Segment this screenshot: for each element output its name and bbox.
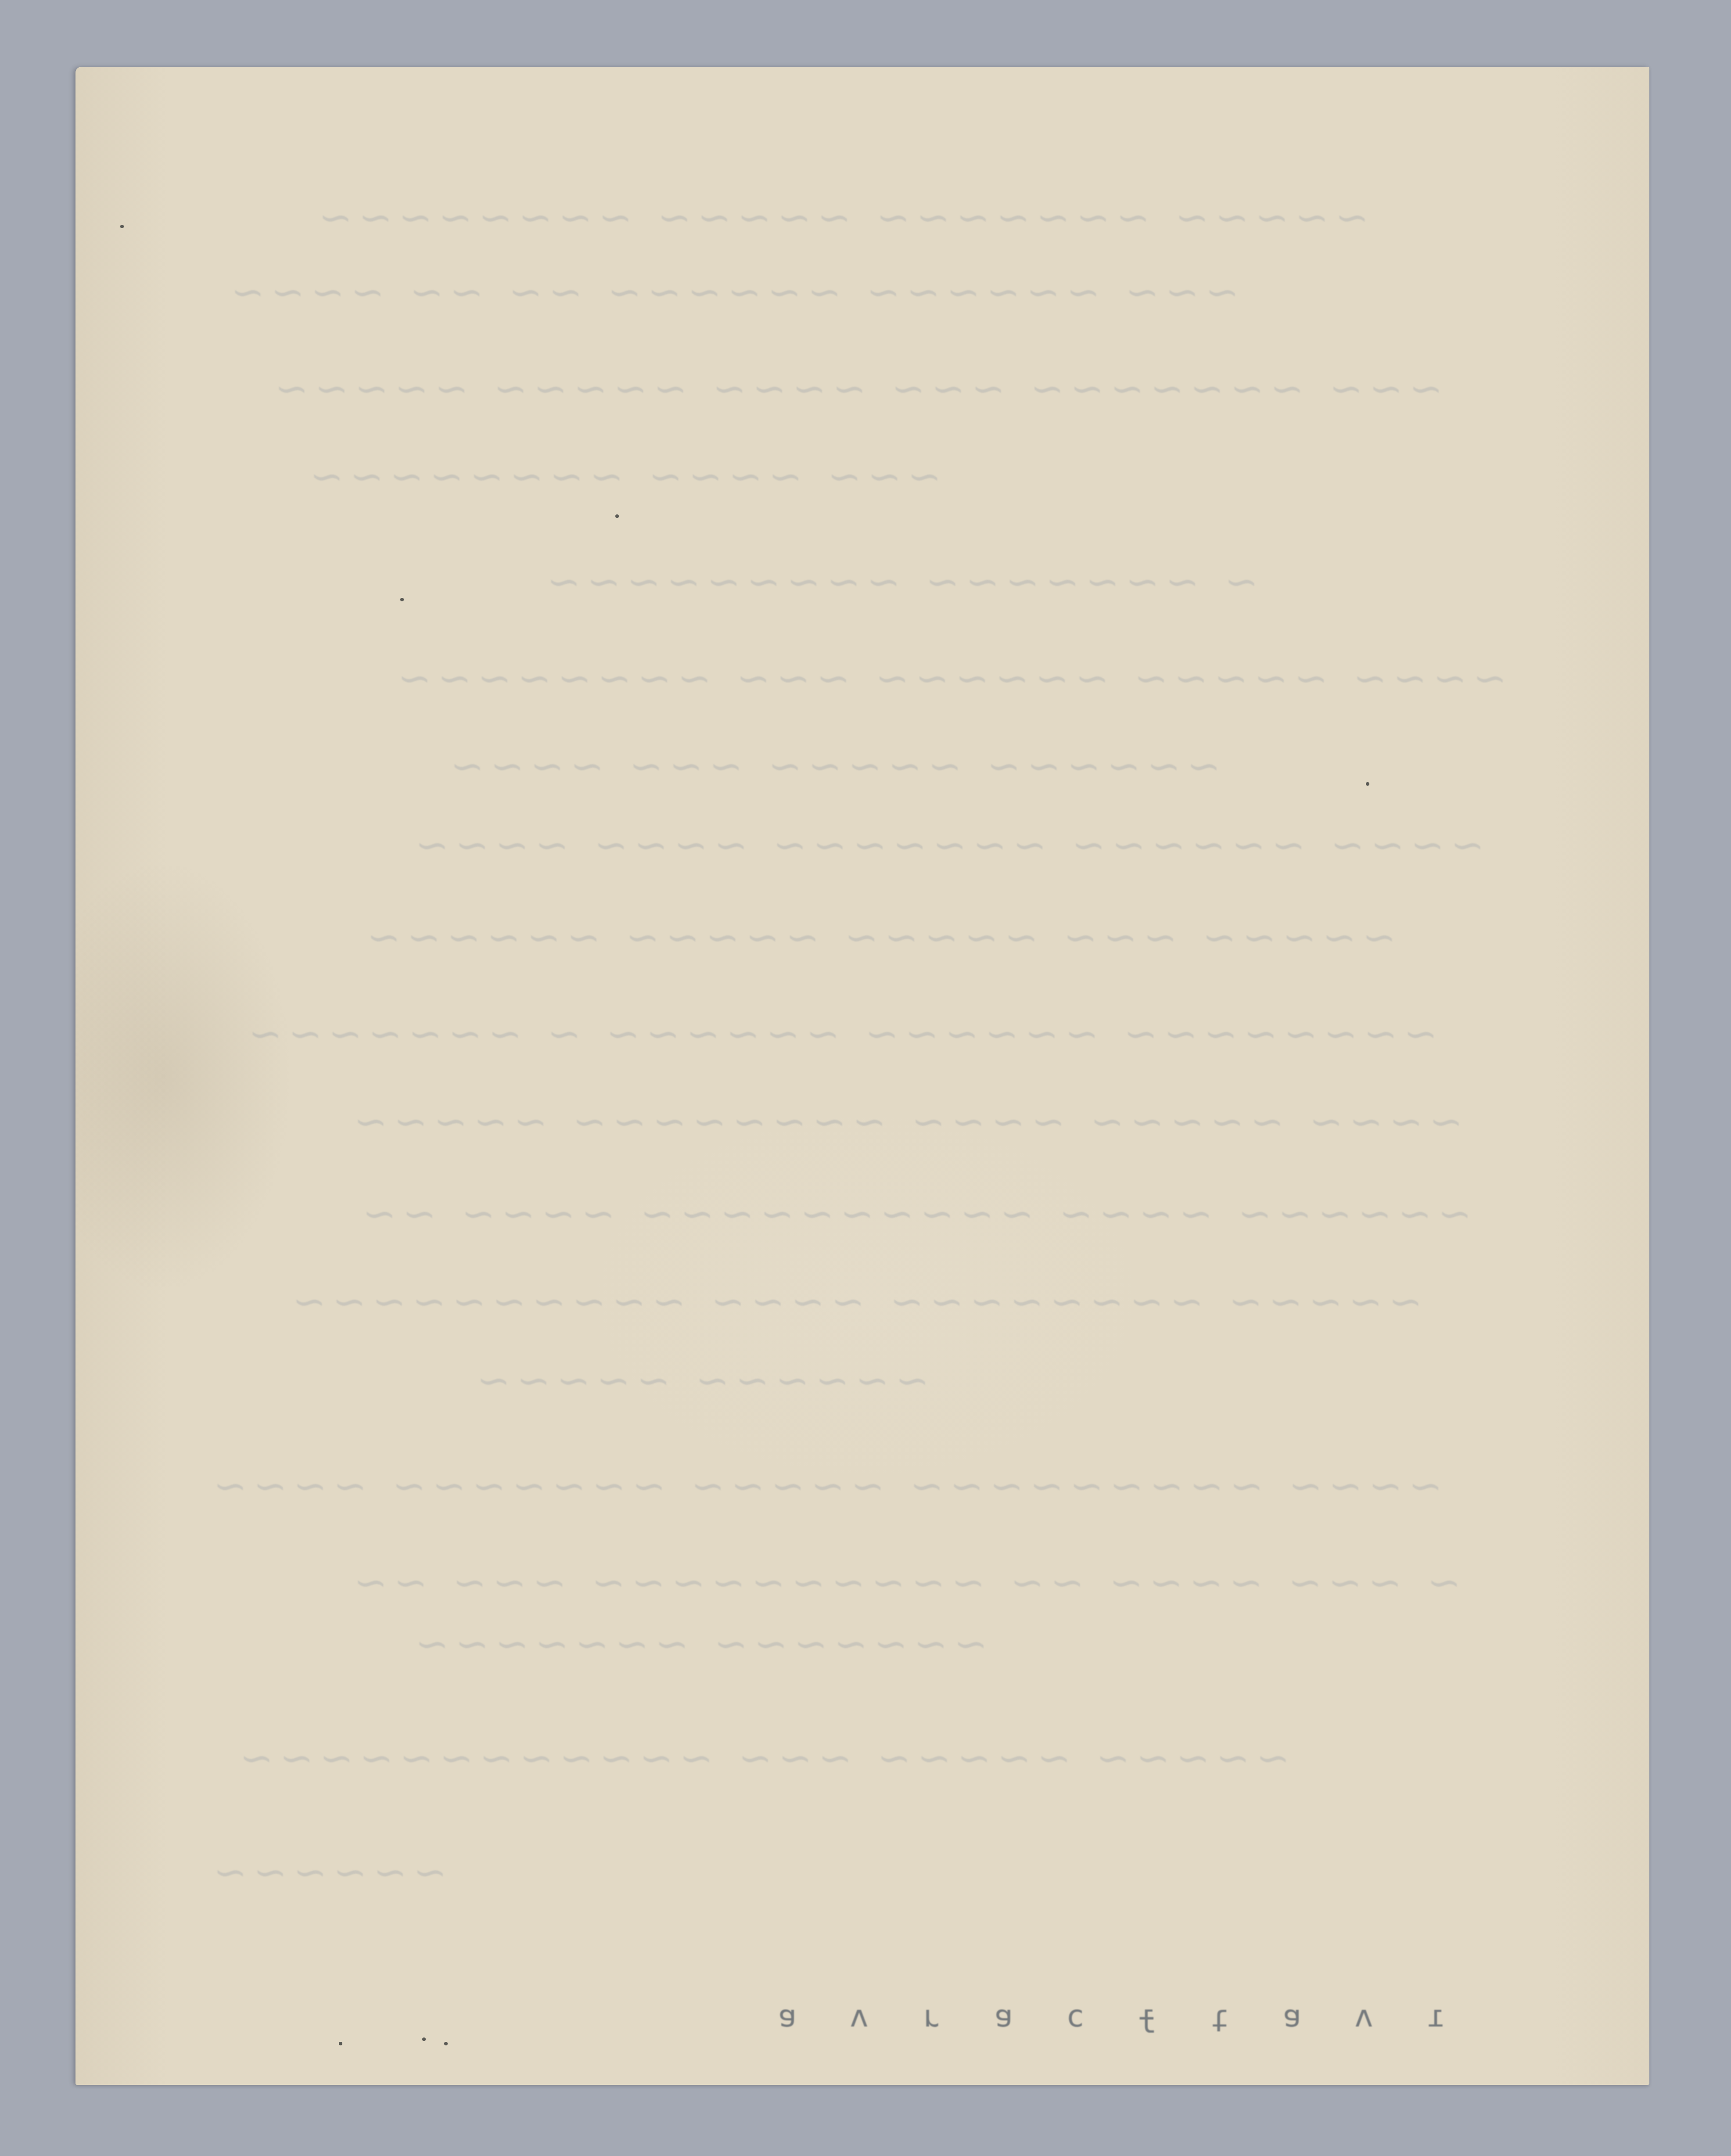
bleed-through-line: ~~~~ ~~~~~ ~~~~~~ ~~~ ~~~~~~~~ <box>391 655 1507 702</box>
printed-bleed-through: ı ʌ ɐ ʇ ɟ ɔ ɐ ɹ ʌ ɐ <box>760 1998 1445 2034</box>
paper-speck <box>339 2042 342 2045</box>
bleed-through-line: ~~~~ ~~~~~~~~~ ~~~~~ ~~~~~~~ ~~~~ <box>207 1462 1442 1509</box>
paper-speck <box>120 225 124 228</box>
bleed-through-line: ~~~~ ~~~~~~ ~~~~~~~ ~~~~ ~~~~ <box>409 822 1484 869</box>
bleed-through-line: ~~~~~ ~~~ ~~~~~ ~~~~~ ~~~~~~ <box>361 914 1396 961</box>
bleed-through-line: ~~~~~ ~~~~~ ~~~ ~~~~~~~~~~~~ <box>233 1735 1290 1782</box>
bleed-through-line: ~ ~~~~~~~ ~~~~~~~~~ <box>541 558 1258 605</box>
bleed-through-line: ~~~~~~ ~~~~~ <box>470 1357 929 1404</box>
bleed-through-line: ~~~~~~ ~~~~~ ~~~ ~~~~ <box>444 743 1221 790</box>
paper-speck <box>444 2042 448 2045</box>
paper-speck <box>1366 782 1369 786</box>
bleed-through-line: ~~~ ~~~~~~ ~~~~~~ ~~ ~~ ~~~~ <box>225 269 1239 316</box>
bleed-through-line: ~~~~~~ <box>207 1849 447 1896</box>
bleed-through-line: ~ ~~~ ~~~~ ~~ ~~~~~~~~~~ ~~~ ~~ <box>348 1559 1461 1606</box>
bleed-through-line: ~~~~~~~ ~~~~~~~ <box>409 1621 988 1667</box>
bleed-through-line: ~~~~ ~~~~~ ~~~~ ~~~~~~~~ ~~~~~ <box>348 1098 1463 1145</box>
bleed-through-line: ~~~~~~ ~~~~ ~~~~~~~~~~ ~~~~ ~~ <box>356 1190 1472 1237</box>
bleed-through-line: ~~~ ~~~~~~~ ~~~ ~~~~ ~~~~~ ~~~~~ <box>269 365 1443 412</box>
bleed-through-line: ~~~~~~~~ ~~~~~~ ~~~~~~ ~ ~~~~~~~ <box>242 1010 1437 1057</box>
paper-speck <box>422 2037 426 2041</box>
bleed-through-line: ~~~ ~~~~ ~~~~~~~~ <box>304 453 941 500</box>
bleed-through-line: ~~~~~ ~~~~~~~~ ~~~~ ~~~~~~~~~~ <box>286 1278 1422 1325</box>
paper-sheet: ~~~~~ ~~~~~~~ ~~~~~ ~~~~~~~~ ~~~ ~~~~~~ … <box>75 67 1649 2085</box>
paper-speck <box>400 598 404 601</box>
paper-speck <box>615 514 619 518</box>
bleed-through-line: ~~~~~ ~~~~~~~ ~~~~~ ~~~~~~~~ <box>312 194 1369 241</box>
